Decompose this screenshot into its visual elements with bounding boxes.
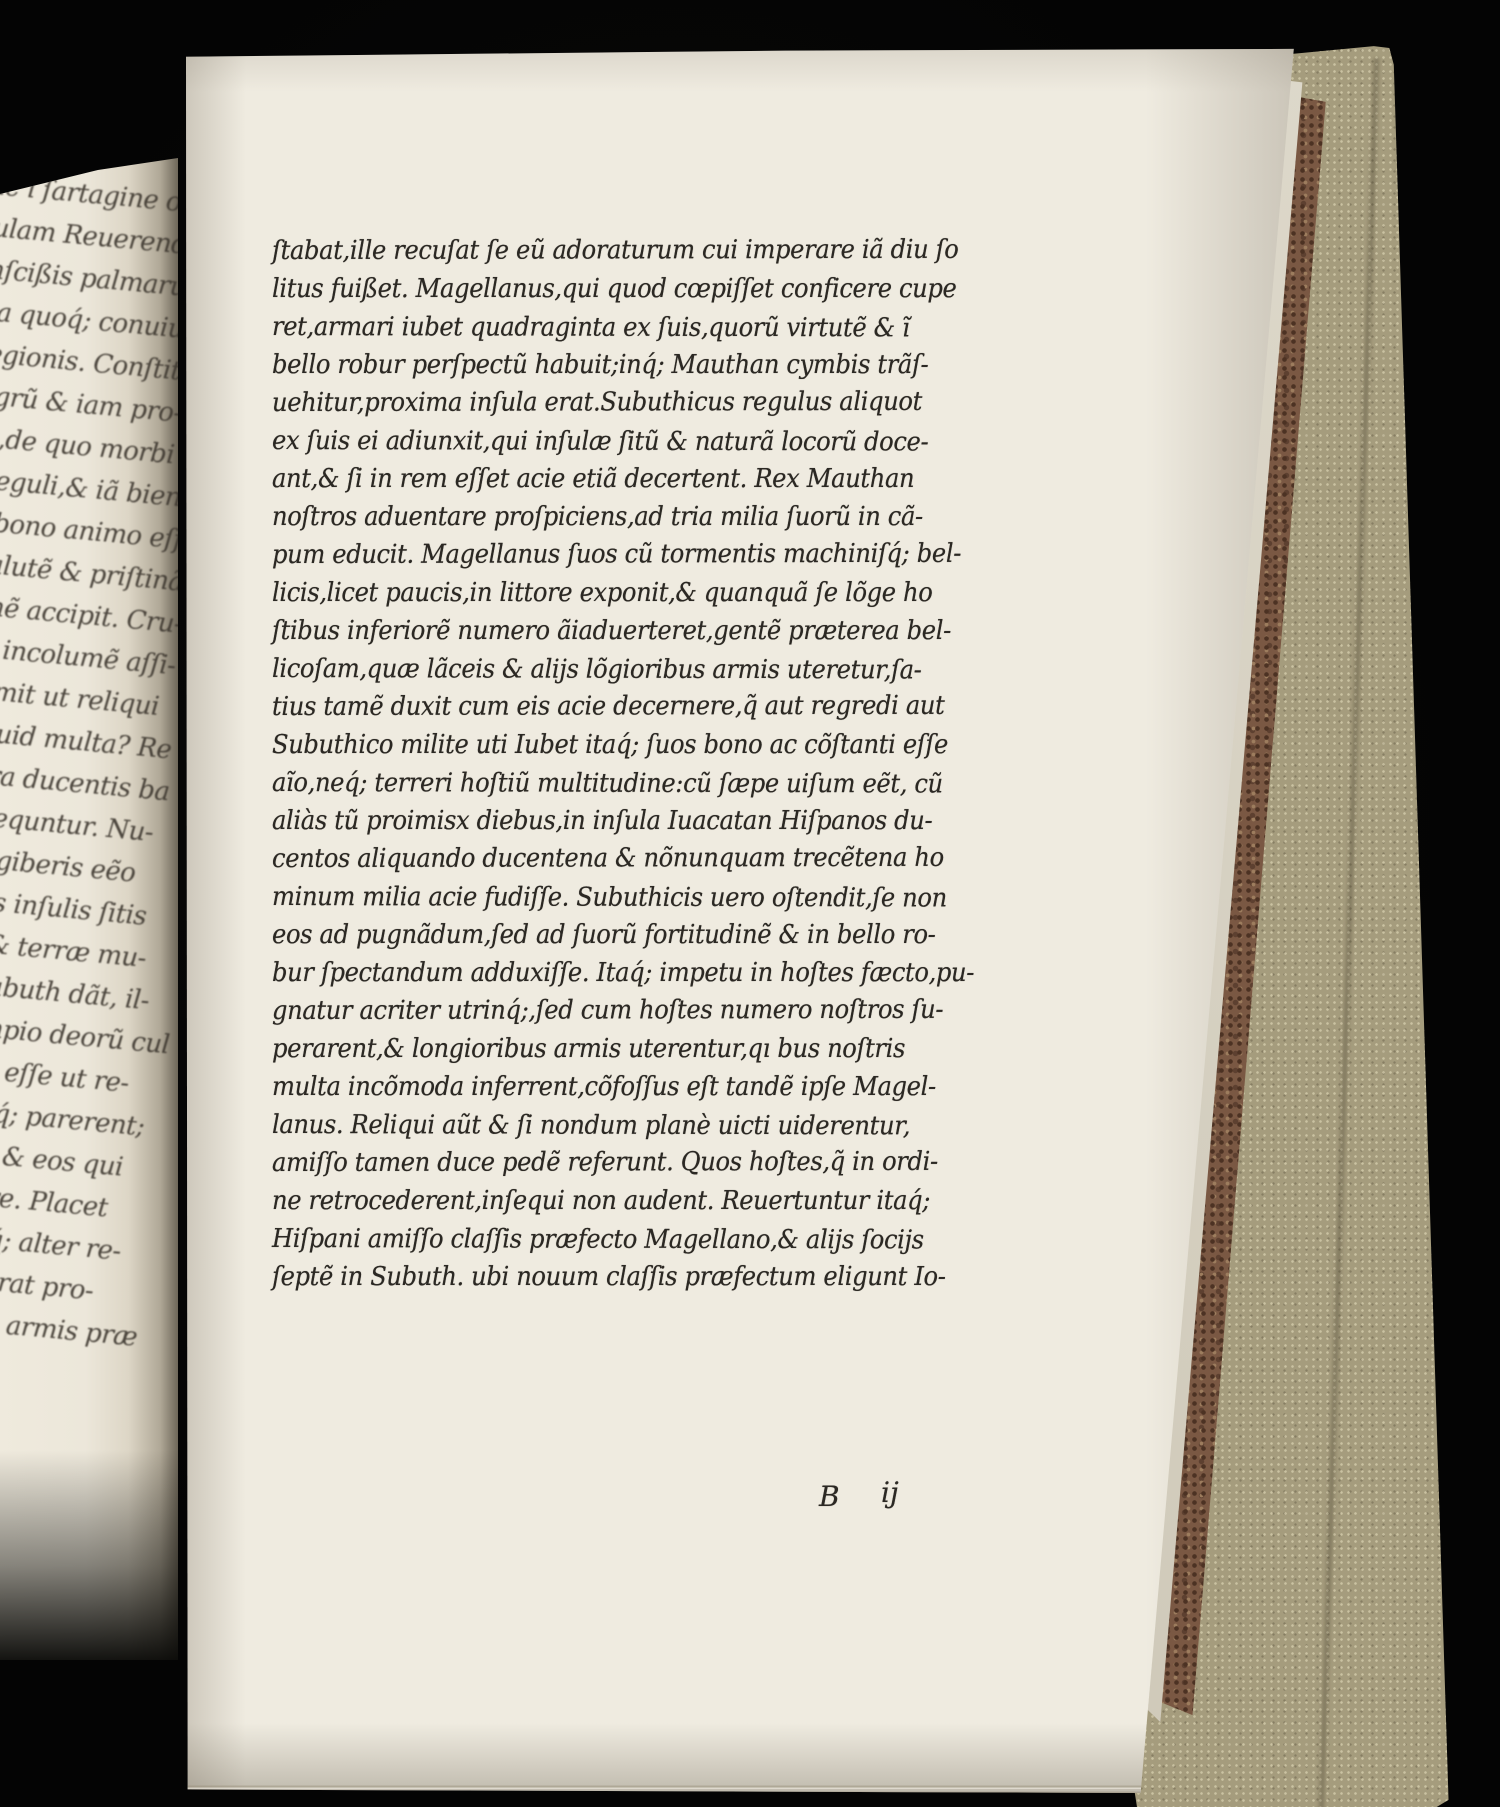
text-line: bur ſpectandum adduxiſſe. Itaq́; impetu …	[272, 954, 812, 992]
signature-number: ij	[881, 1476, 899, 1509]
text-line: ant,& ſi in rem eſſet acie etiã decerten…	[272, 460, 812, 498]
text-line: uehitur,proxima inſula erat.Subuthicus r…	[272, 383, 812, 422]
text-line: eos ad pugnãdum,ſed ad ſuorũ fortitudinẽ…	[272, 916, 812, 954]
text-line: lanus. Reliqui aũt & ſi nondum planè uic…	[272, 1106, 812, 1145]
text-line: gnatur acriter utrinq́;,ſed cum hoſtes n…	[272, 991, 812, 1030]
text-line: litus fuißet. Magellanus,qui quod cœpiſſ…	[272, 270, 812, 308]
left-page-text-fragments: im diſſecta,ac ĩ ſartagine oleo cuius pa…	[0, 158, 160, 1351]
text-line: Subuthico milite uti Iubet itaq́; ſuos b…	[272, 726, 812, 764]
text-line: noſtros aduentare proſpiciens,ad tria mi…	[272, 498, 812, 536]
text-line: ret,armari iubet quadraginta ex ſuis,quo…	[272, 308, 812, 347]
page-edges	[186, 1783, 1296, 1793]
text-line: Hiſpani amiſſo claſſis præfecto Magellan…	[272, 1220, 812, 1259]
signature-mark: B ij	[272, 1480, 972, 1520]
book-photograph: im diſſecta,ac ĩ ſartagine oleo cuius pa…	[0, 0, 1500, 1807]
text-line: ſtabat,ille recuſat ſe eũ adoraturum cui…	[272, 231, 812, 270]
text-line: centos aliquando ducentena & nõnunquam t…	[272, 839, 812, 878]
right-page: ſtabat,ille recuſat ſe eũ adoraturum cui…	[186, 48, 1296, 1793]
text-line: licoſam,quæ lãceis & alijs lõgioribus ar…	[272, 650, 812, 689]
text-line: ſeptẽ in Subuth. ubi nouum claſſis præfe…	[272, 1258, 812, 1296]
text-line: minum milia acie fudiſſe. Subuthicis uer…	[272, 878, 812, 917]
text-line: bello robur perſpectũ habuit;inq́; Mauth…	[272, 346, 812, 384]
text-line: tius tamẽ duxit cum eis acie decernere,q…	[272, 687, 812, 726]
signature-letter: B	[819, 1480, 840, 1513]
text-line: multa incõmoda inferrent,cõfoſſus eſt ta…	[272, 1068, 812, 1106]
text-block: ſtabat,ille recuſat ſe eũ adoraturum cui…	[272, 232, 852, 1296]
text-line: pum educit. Magellanus ſuos cũ tormentis…	[272, 535, 812, 574]
left-page-edge: im diſſecta,ac ĩ ſartagine oleo cuius pa…	[0, 158, 178, 1660]
text-line: ſtibus inferiorẽ numero ãiaduerteret,gen…	[272, 612, 812, 650]
text-line: amiſſo tamen duce pedẽ referunt. Quos ho…	[272, 1143, 812, 1182]
text-line: aĩo,neq́; terreri hoſtiũ multitudine:cũ …	[272, 764, 812, 803]
text-line: perarent,& longioribus armis uterentur,q…	[272, 1030, 812, 1068]
text-line: aliàs tũ proimisx diebus,in inſula Iuaca…	[272, 802, 812, 840]
text-line: ex ſuis ei adiunxit,qui inſulæ ſitũ & na…	[272, 422, 812, 461]
text-line: licis,licet paucis,in littore exponit,& …	[272, 574, 812, 612]
text-line: ne retrocederent,inſequi non audent. Reu…	[272, 1182, 812, 1220]
